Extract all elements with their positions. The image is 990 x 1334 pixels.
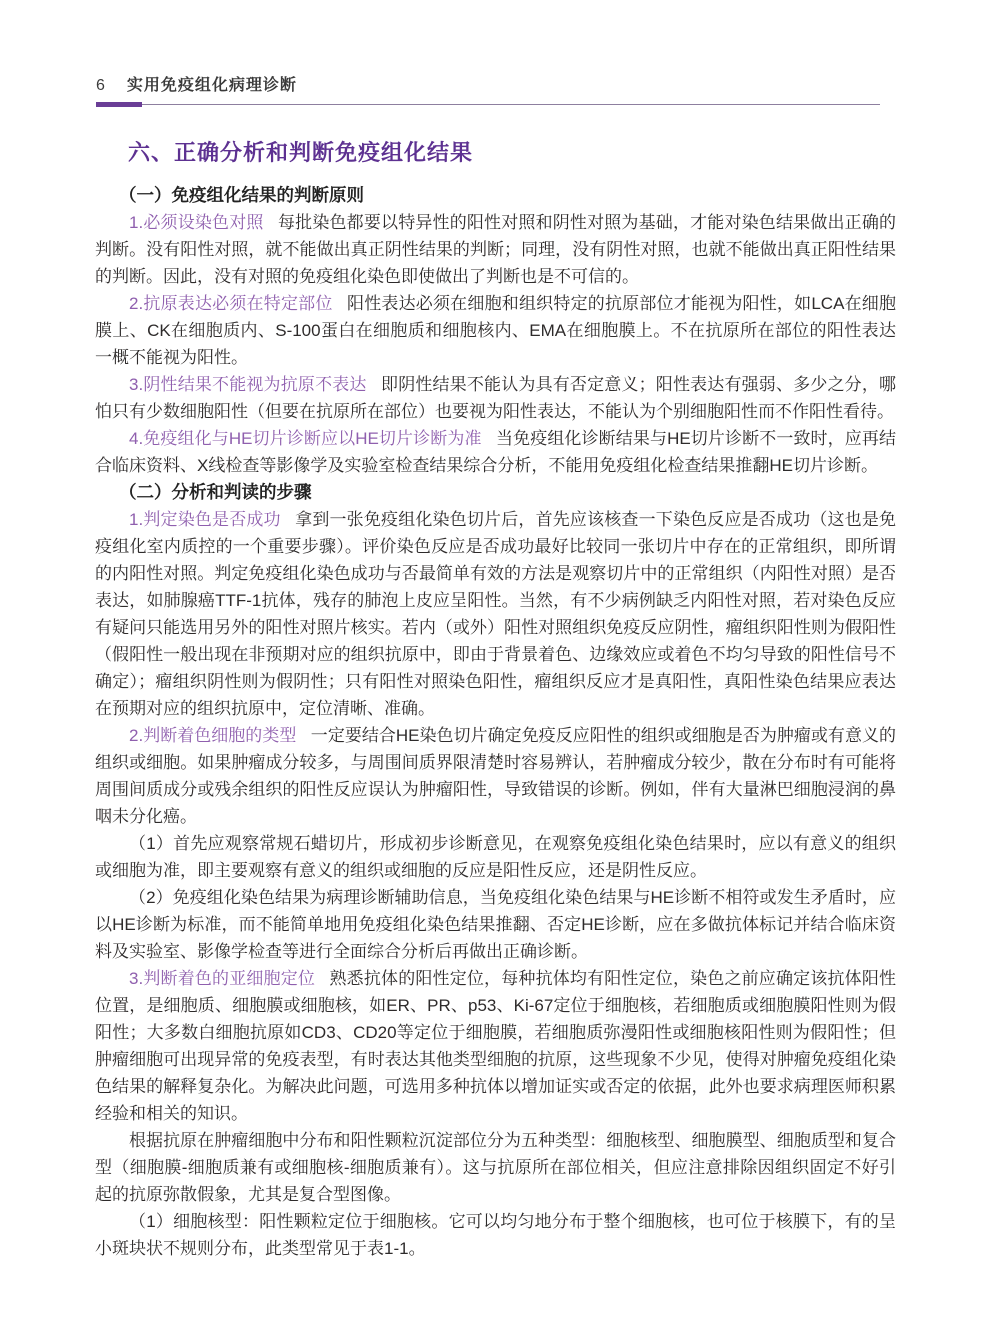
page-header: 6 实用免疫组化病理诊断 [96, 72, 895, 108]
subsection-1-heading: （一）免疫组化结果的判断原则 [119, 182, 896, 209]
paragraph-principle-2: 2.抗原表达必须在特定部位阳性表达必须在细胞和组织特定的抗原部位才能视为阳性，如… [95, 290, 896, 371]
paragraph-lead: 2.判断着色细胞的类型 [129, 726, 296, 745]
paragraph-antigen-types: 根据抗原在肿瘤细胞中分布和阳性颗粒沉淀部位分为五种类型：细胞核型、细胞膜型、细胞… [95, 1127, 896, 1208]
header-rule-accent [96, 102, 142, 107]
subsection-2-heading: （二）分析和判读的步骤 [119, 479, 896, 506]
paragraph-lead: 1.判定染色是否成功 [129, 510, 281, 529]
running-head-title: 实用免疫组化病理诊断 [127, 72, 297, 95]
paragraph-lead: 4.免疫组化与HE切片诊断应以HE切片诊断为准 [129, 429, 482, 448]
page-number: 6 [96, 77, 105, 95]
book-page: 6 实用免疫组化病理诊断 六、正确分析和判断免疫组化结果 （一）免疫组化结果的判… [0, 0, 990, 1334]
paragraph-principle-3: 3.阴性结果不能视为抗原不表达即阴性结果不能认为具有否定意义；阳性表达有强弱、多… [95, 371, 896, 425]
paragraph-principle-4: 4.免疫组化与HE切片诊断应以HE切片诊断为准当免疫组化诊断结果与HE切片诊断不… [95, 425, 896, 479]
paragraph-step-2-item-2: （2）免疫组化染色结果为病理诊断辅助信息，当免疫组化染色结果与HE诊断不相符或发… [95, 884, 896, 965]
paragraph-lead: 2.抗原表达必须在特定部位 [129, 294, 333, 313]
paragraph-lead: 1.必须设染色对照 [129, 213, 264, 232]
page-body: 六、正确分析和判断免疫组化结果 （一）免疫组化结果的判断原则 1.必须设染色对照… [95, 138, 896, 1262]
paragraph-step-1: 1.判定染色是否成功拿到一张免疫组化染色切片后，首先应该核查一下染色反应是否成功… [95, 506, 896, 722]
paragraph-nuclear-type: （1）细胞核型：阳性颗粒定位于细胞核。它可以均匀地分布于整个细胞核，也可位于核膜… [95, 1208, 896, 1262]
paragraph-principle-1: 1.必须设染色对照每批染色都要以特异性的阳性对照和阴性对照为基础，才能对染色结果… [95, 209, 896, 290]
paragraph-lead: 3.阴性结果不能视为抗原不表达 [129, 375, 367, 394]
paragraph-step-2: 2.判断着色细胞的类型一定要结合HE染色切片确定免疫反应阳性的组织或细胞是否为肿… [95, 722, 896, 830]
header-rule [96, 102, 895, 108]
paragraph-text: 熟悉抗体的阳性定位，每种抗体均有阳性定位，染色之前应确定该抗体阳性位置，是细胞质… [95, 969, 896, 1123]
paragraph-text: 拿到一张免疫组化染色切片后，首先应该核查一下染色反应是否成功（这也是免疫组化室内… [95, 510, 896, 718]
section-heading: 六、正确分析和判断免疫组化结果 [128, 138, 896, 168]
paragraph-step-2-item-1: （1）首先应观察常规石蜡切片，形成初步诊断意见，在观察免疫组化染色结果时，应以有… [95, 830, 896, 884]
header-rule-line [96, 104, 880, 105]
paragraph-lead: 3.判断着色的亚细胞定位 [129, 969, 315, 988]
paragraph-step-3: 3.判断着色的亚细胞定位熟悉抗体的阳性定位，每种抗体均有阳性定位，染色之前应确定… [95, 965, 896, 1127]
running-head: 6 实用免疫组化病理诊断 [96, 72, 895, 96]
